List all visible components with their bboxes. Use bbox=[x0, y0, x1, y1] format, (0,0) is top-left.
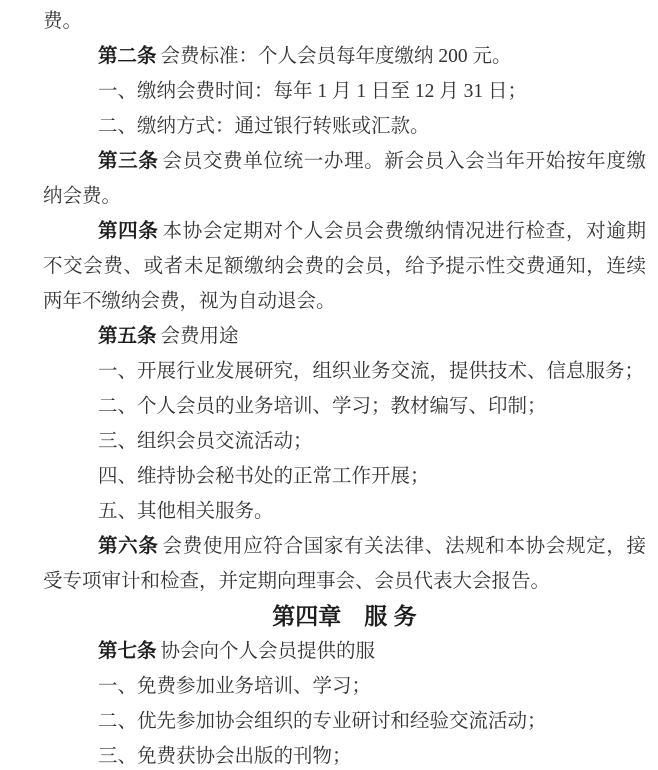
chapter-heading-text: 第四章 服 务 bbox=[272, 603, 416, 629]
text-line: 第二条会费标准：个人会员每年度缴纳 200 元。 bbox=[43, 39, 646, 74]
article-number-label: 第五条 bbox=[98, 325, 157, 347]
text-line: 一、开展行业发展研究，组织业务交流，提供技术、信息服务； bbox=[43, 354, 646, 389]
text-segment: 会费标准：个人会员每年度缴纳 200 元。 bbox=[161, 46, 512, 67]
text-segment: 协会向个人会员提供的服 bbox=[161, 641, 376, 662]
text-line: 第七条协会向个人会员提供的服 bbox=[43, 634, 646, 669]
text-line: 费。 bbox=[43, 4, 646, 39]
text-segment: 二、个人会员的业务培训、学习；教材编写、印制； bbox=[98, 396, 547, 417]
document-page: 费。第二条会费标准：个人会员每年度缴纳 200 元。一、缴纳会费时间：每年 1 … bbox=[0, 0, 658, 770]
text-segment: 受专项审计和检查，并定期向理事会、会员代表大会报告。 bbox=[43, 571, 550, 592]
document-body: 费。第二条会费标准：个人会员每年度缴纳 200 元。一、缴纳会费时间：每年 1 … bbox=[43, 4, 646, 770]
text-line: 二、个人会员的业务培训、学习；教材编写、印制； bbox=[43, 389, 646, 424]
text-segment: 不交会费、或者未足额缴纳会费的会员，给予提示性交费通知，连续 bbox=[43, 256, 646, 277]
text-line: 三、免费获协会出版的刊物； bbox=[43, 739, 646, 770]
text-line: 第五条会费用途 bbox=[43, 319, 646, 354]
text-segment: 三、免费获协会出版的刊物； bbox=[98, 746, 352, 767]
text-segment: 一、开展行业发展研究，组织业务交流，提供技术、信息服务； bbox=[98, 361, 644, 382]
article-number-label: 第三条 bbox=[98, 150, 159, 172]
text-segment: 五、其他相关服务。 bbox=[98, 501, 274, 522]
article-number-label: 第六条 bbox=[98, 535, 159, 557]
text-line: 二、缴纳方式：通过银行转账或汇款。 bbox=[43, 109, 646, 144]
text-line: 一、缴纳会费时间：每年 1 月 1 日至 12 月 31 日； bbox=[43, 74, 646, 109]
text-line: 一、免费参加业务培训、学习； bbox=[43, 669, 646, 704]
text-segment: 本协会定期对个人会员会费缴纳情况进行检查，对逾期 bbox=[163, 221, 646, 242]
text-segment: 会费用途 bbox=[161, 326, 239, 347]
text-line: 二、优先参加协会组织的专业研讨和经验交流活动； bbox=[43, 704, 646, 739]
text-line: 受专项审计和检查，并定期向理事会、会员代表大会报告。 bbox=[43, 564, 646, 599]
text-segment: 三、组织会员交流活动； bbox=[98, 431, 313, 452]
article-number-label: 第二条 bbox=[98, 45, 157, 67]
text-line: 四、维持协会秘书处的正常工作开展； bbox=[43, 459, 646, 494]
text-segment: 一、免费参加业务培训、学习； bbox=[98, 676, 371, 697]
text-segment: 四、维持协会秘书处的正常工作开展； bbox=[98, 466, 430, 487]
text-line: 三、组织会员交流活动； bbox=[43, 424, 646, 459]
article-number-label: 第七条 bbox=[98, 640, 157, 662]
text-line: 不交会费、或者未足额缴纳会费的会员，给予提示性交费通知，连续 bbox=[43, 249, 646, 284]
chapter-heading: 第四章 服 务 bbox=[43, 599, 646, 634]
article-number-label: 第四条 bbox=[98, 220, 159, 242]
text-line: 第四条本协会定期对个人会员会费缴纳情况进行检查，对逾期 bbox=[43, 214, 646, 249]
text-segment: 二、优先参加协会组织的专业研讨和经验交流活动； bbox=[98, 711, 547, 732]
text-segment: 会费使用应符合国家有关法律、法规和本协会规定，接 bbox=[163, 536, 646, 557]
text-segment: 两年不缴纳会费，视为自动退会。 bbox=[43, 291, 336, 312]
text-segment: 二、缴纳方式：通过银行转账或汇款。 bbox=[98, 116, 430, 137]
text-segment: 一、缴纳会费时间：每年 1 月 1 日至 12 月 31 日； bbox=[98, 81, 527, 102]
text-segment: 会员交费单位统一办理。新会员入会当年开始按年度缴 bbox=[163, 151, 646, 172]
text-line: 纳会费。 bbox=[43, 179, 646, 214]
text-segment: 费。 bbox=[43, 11, 82, 32]
text-segment: 纳会费。 bbox=[43, 186, 121, 207]
text-line: 五、其他相关服务。 bbox=[43, 494, 646, 529]
text-line: 两年不缴纳会费，视为自动退会。 bbox=[43, 284, 646, 319]
text-line: 第六条会费使用应符合国家有关法律、法规和本协会规定，接 bbox=[43, 529, 646, 564]
text-line: 第三条会员交费单位统一办理。新会员入会当年开始按年度缴 bbox=[43, 144, 646, 179]
